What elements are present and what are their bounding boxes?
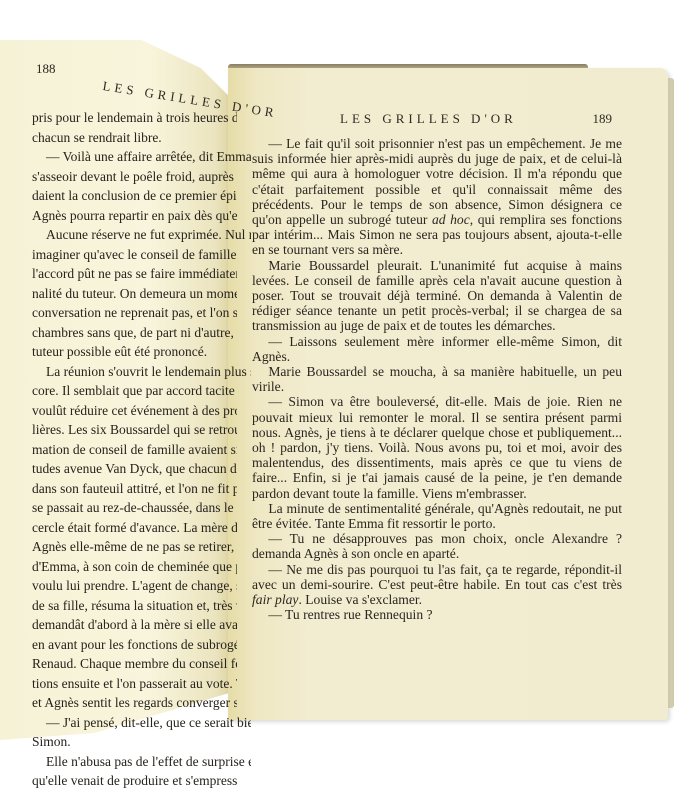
text-line: — J'ai pensé, dit-elle, que ce serait bi… [32,713,251,733]
text-line: — Voilà une affaire arrêtée, dit Emma en… [32,147,251,167]
left-page-number: 188 [36,61,56,77]
text-line: Elle n'abusa pas de l'effet de surprise … [32,752,251,772]
text-line: voulu lui prendre. L'agent de change, su… [32,576,237,596]
text-line: Simon. [32,732,237,752]
paragraph: Marie Boussardel se moucha, à sa manière… [252,364,622,394]
text-line: tions ensuite et l'on passerait au vote.… [32,674,237,694]
text-line: pris pour le lendemain à trois heures de… [32,108,237,128]
right-page-edge [668,78,674,708]
italic-term: ad hoc [432,212,470,227]
text-line: tuteur possible eût été prononcé. [32,342,237,362]
text-line: se passait au rez-de-chaussée, dans le s… [32,498,237,518]
text-line: Aucune réserve ne fut exprimée. Nul ne p… [32,225,251,245]
right-page-text: — Le fait qu'il soit prisonnier n'est pa… [252,136,622,623]
paragraph: — Simon va être bouleversé, dit-elle. Ma… [252,394,622,500]
text-line: s'asseoir devant le poêle froid, auprès … [32,167,237,187]
paragraph: — Tu rentres rue Rennequin ? [252,607,622,622]
text-line: voulût réduire cet événement à des propo… [32,401,237,421]
paragraph: La minute de sentimentalité générale, qu… [252,501,622,531]
text-line: nalité du tuteur. On demeura un moment l… [32,284,237,304]
text-line: Agnès pourra repartir en paix dès qu'ell… [32,206,237,226]
right-page-number: 189 [593,111,613,127]
text-line: imaginer qu'avec le conseil de famille a… [32,245,237,265]
text-line: lières. Les six Boussardel qui se retrou… [32,420,237,440]
text-line: mation de conseil de famille avaient si … [32,440,237,460]
text-line: chambres sans que, de part ni d'autre, a… [32,323,237,343]
text-line: et Agnès sentit les regards converger su… [32,693,237,713]
text-line: core. Il semblait que par accord tacite … [32,381,237,401]
text-line: La réunion s'ouvrit le lendemain plus si… [32,362,251,382]
paragraph: — Laissons seulement mère informer elle-… [252,334,622,364]
text-line: chacun se rendrait libre. [32,128,237,148]
italic-term: fair play [252,592,298,607]
text-line: Agnès elle-même de ne pas se retirer, s'… [32,537,237,557]
text-line: tudes avenue Van Dyck, que chacun d'eux … [32,459,237,479]
paragraph: — Tu ne désapprouves pas mon choix, oncl… [252,531,622,561]
paragraph: Marie Boussardel pleurait. L'unanimité f… [252,258,622,334]
paragraph: — Ne me dis pas pourquoi tu l'as fait, ç… [252,562,622,608]
right-running-head: LES GRILLES D'OR 189 [340,111,640,127]
text-line: qu'elle venait de produire et s'empressa… [32,771,237,791]
text-line: dans son fauteuil attitré, et l'on ne fi… [32,479,237,499]
text-line: en avant pour les fonctions de subrogé t… [32,635,237,655]
text-line: demandât d'abord à la mère si elle avait… [32,615,237,635]
text-line: de sa fille, résuma la situation et, trè… [32,596,237,616]
text-line: daient la conclusion de ce premier épiso… [32,186,237,206]
text-line: conversation ne reprenait pas, et l'on s… [32,303,237,323]
paragraph: — Le fait qu'il soit prisonnier n'est pa… [252,136,622,258]
text-line: l'accord pût ne pas se faire immédiateme… [32,264,237,284]
text-line: cercle était formé d'avance. La mère d'A… [32,518,237,538]
running-head-title: LES GRILLES D'OR [340,111,517,126]
text-line: d'Emma, à son coin de cheminée que perso… [32,557,237,577]
text-line: Renaud. Chaque membre du conseil ferait … [32,654,237,674]
